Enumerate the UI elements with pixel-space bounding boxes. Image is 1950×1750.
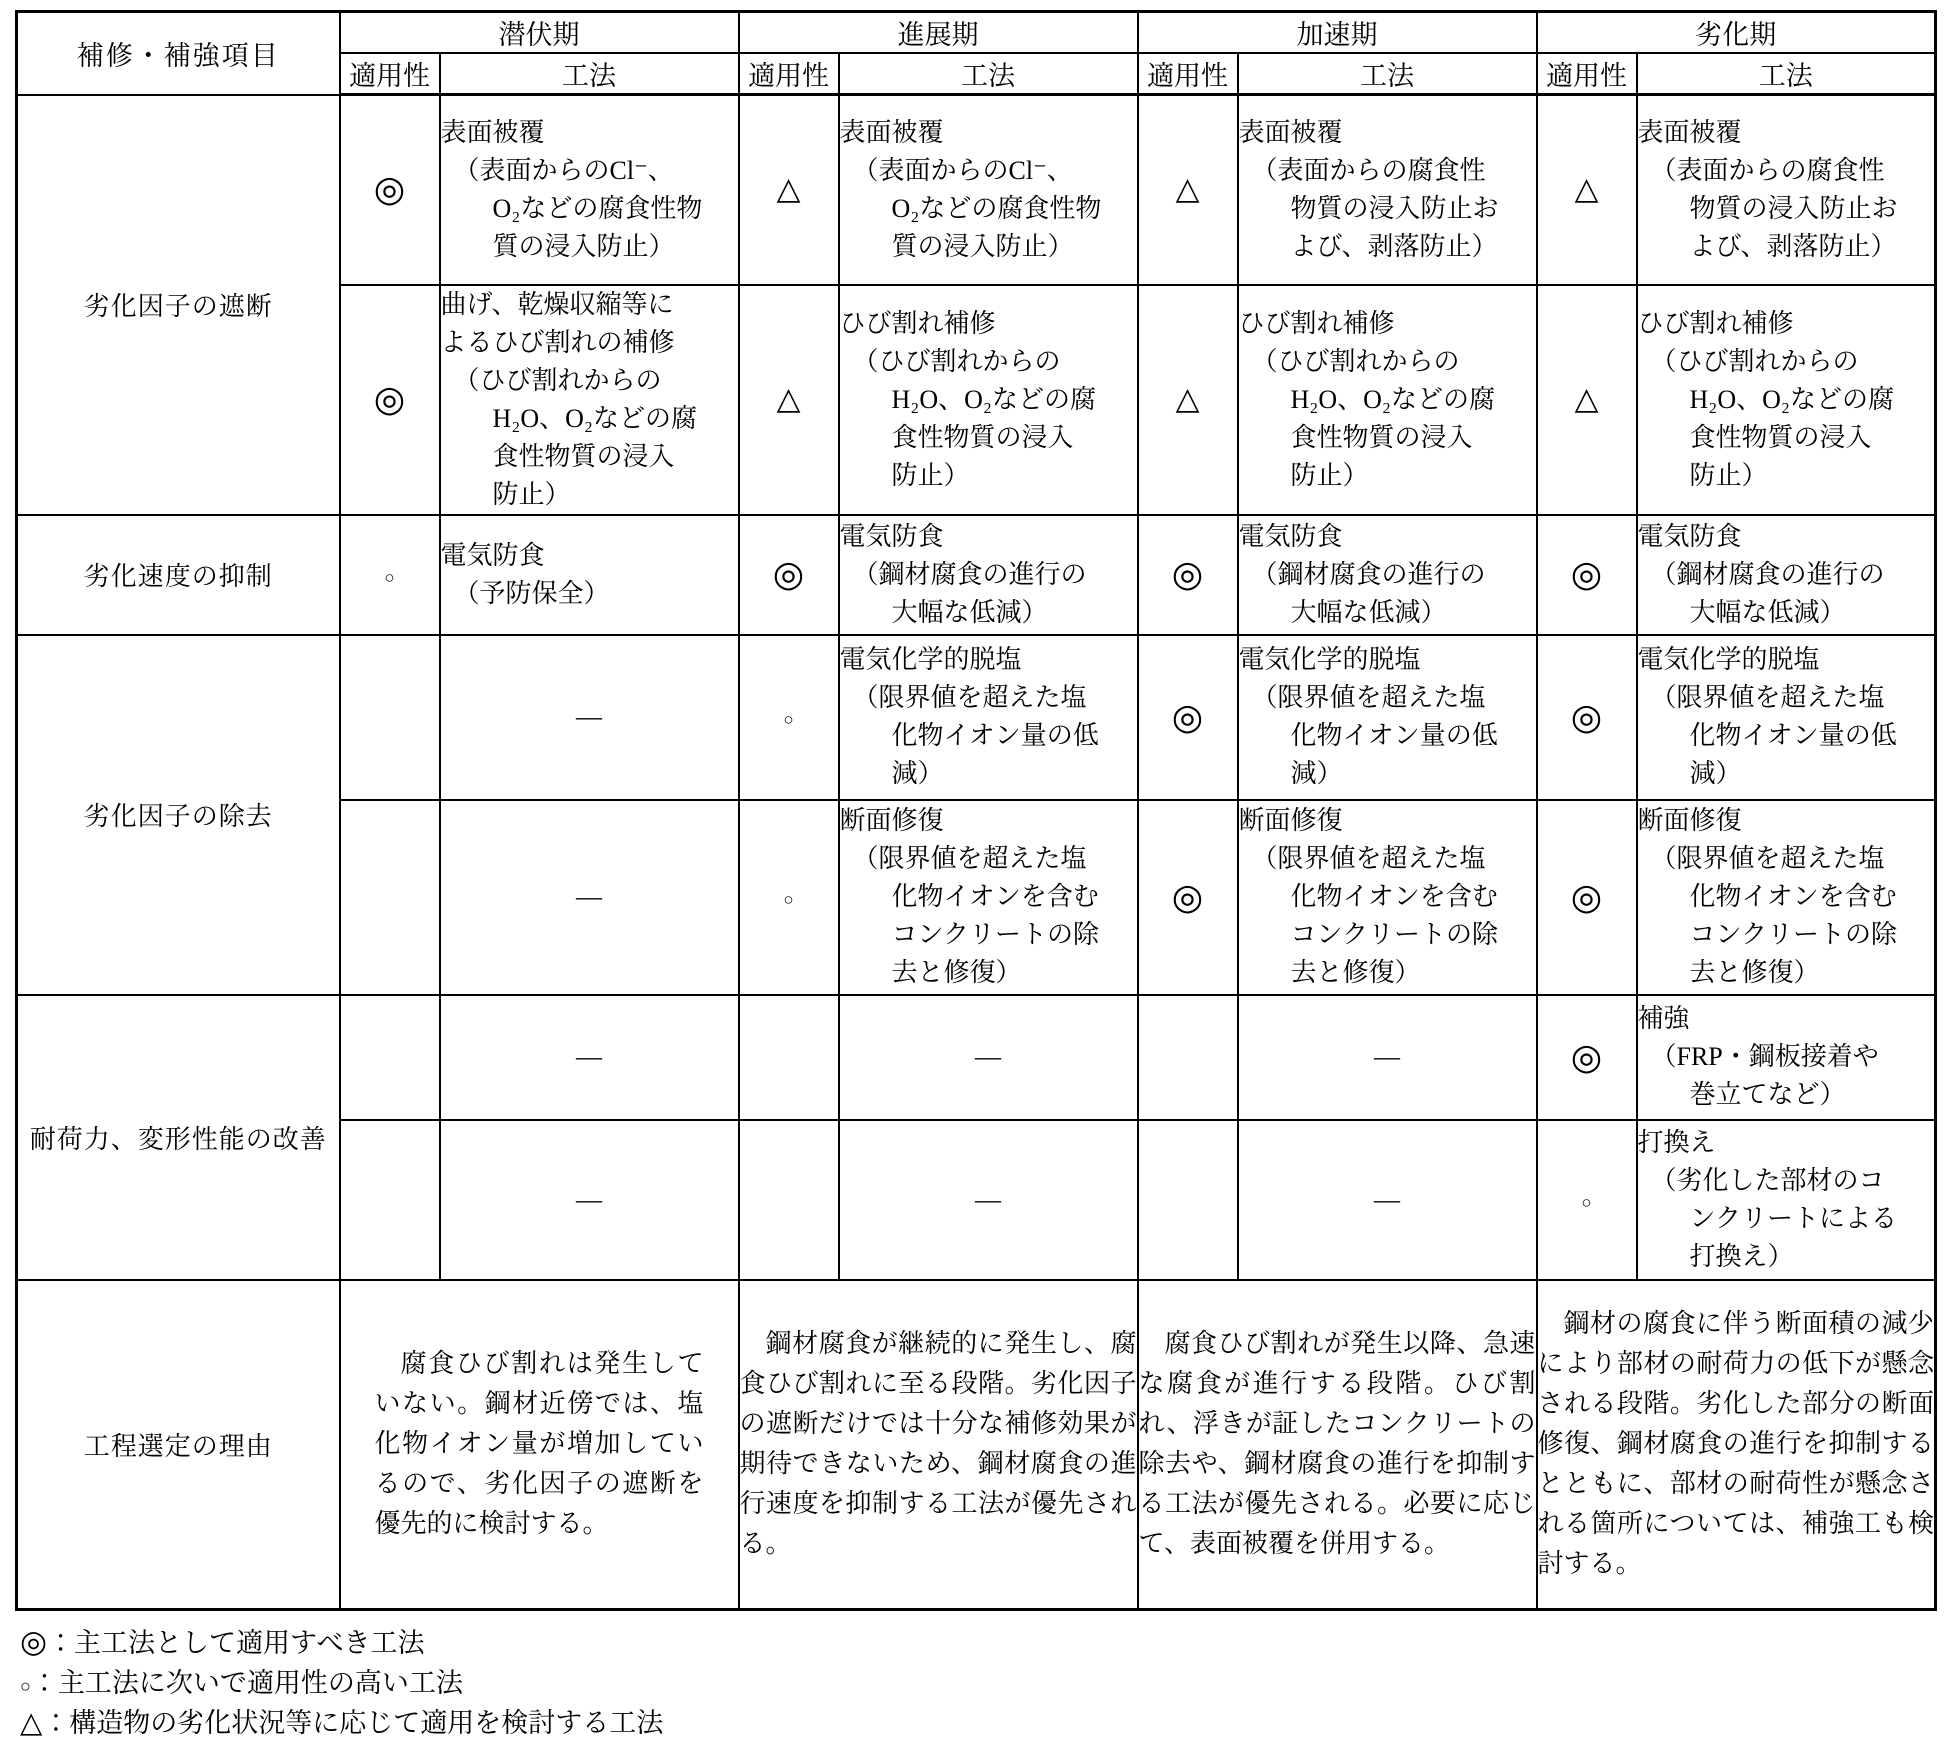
applicability-cell: ◎ bbox=[1138, 635, 1238, 800]
triangle-mark: △ bbox=[1176, 171, 1200, 206]
subheader-applicability-progress: 適用性 bbox=[739, 53, 839, 95]
applicability-cell: ◎ bbox=[1138, 515, 1238, 635]
dash-mark: — bbox=[1238, 1120, 1537, 1280]
applicability-cell: ◎ bbox=[1537, 515, 1637, 635]
applicability-cell: △ bbox=[1537, 285, 1637, 515]
method-cell: 表面被覆 （表面からのCl⁻、 O₂などの腐食性物 質の浸入防止） bbox=[839, 95, 1138, 285]
double-circle-mark: ◎ bbox=[773, 554, 804, 594]
circle-mark: ○ bbox=[20, 1676, 31, 1696]
applicability-cell-empty bbox=[1138, 995, 1238, 1120]
double-circle-mark: ◎ bbox=[1172, 697, 1203, 737]
method-cell: 表面被覆 （表面からの腐食性 物質の浸入防止お よび、剥落防止） bbox=[1238, 95, 1537, 285]
applicability-cell: ◎ bbox=[1537, 995, 1637, 1120]
legend: ◎：主工法として適用すべき工法 ○：主工法に次いで適用性の高い工法 △：構造物の… bbox=[20, 1623, 1950, 1743]
double-circle-mark: ◎ bbox=[1172, 554, 1203, 594]
applicability-cell-empty bbox=[340, 995, 440, 1120]
method-cell: 表面被覆 （表面からのCl⁻、 O₂などの腐食性物 質の浸入防止） bbox=[440, 95, 739, 285]
circle-mark: ○ bbox=[1581, 1193, 1591, 1212]
method-cell: 断面修復 （限界値を超えた塩 化物イオンを含む コンクリートの除 去と修復） bbox=[1637, 800, 1936, 995]
method-cell: 電気防食 （鋼材腐食の進行の 大幅な低減） bbox=[1637, 515, 1936, 635]
header-period-deteriorated: 劣化期 bbox=[1537, 12, 1936, 54]
circle-mark: ○ bbox=[783, 710, 793, 729]
dash-mark: — bbox=[839, 1120, 1138, 1280]
double-circle-mark: ◎ bbox=[1571, 1037, 1602, 1077]
header-item-column: 補修・補強項目 bbox=[17, 12, 340, 95]
reason-cell-deteriorated: 鋼材の腐食に伴う断面積の減少により部材の耐荷力の低下が懸念される段階。劣化した部… bbox=[1537, 1280, 1936, 1610]
applicability-cell: ◎ bbox=[340, 95, 440, 285]
applicability-cell-empty bbox=[340, 1120, 440, 1280]
applicability-cell: △ bbox=[1138, 95, 1238, 285]
applicability-cell-empty bbox=[739, 1120, 839, 1280]
row-label-factor-removal: 劣化因子の除去 bbox=[17, 635, 340, 995]
triangle-mark: △ bbox=[20, 1707, 42, 1739]
subheader-applicability-deteriorated: 適用性 bbox=[1537, 53, 1637, 95]
header-period-progress: 進展期 bbox=[739, 12, 1138, 54]
dash-mark: — bbox=[440, 635, 739, 800]
dash-mark: — bbox=[440, 800, 739, 995]
row-label-load-capacity: 耐荷力、変形性能の改善 bbox=[17, 995, 340, 1280]
dash-mark: — bbox=[1238, 995, 1537, 1120]
method-cell: 断面修復 （限界値を超えた塩 化物イオンを含む コンクリートの除 去と修復） bbox=[839, 800, 1138, 995]
reason-text: 鋼材腐食が継続的に発生し、腐食ひび割れに至る段階。劣化因子の遮断だけでは十分な補… bbox=[740, 1324, 1137, 1564]
applicability-cell: ◎ bbox=[1138, 800, 1238, 995]
applicability-cell: ◎ bbox=[1537, 800, 1637, 995]
double-circle-mark: ◎ bbox=[1571, 554, 1602, 594]
applicability-cell: ◎ bbox=[1537, 635, 1637, 800]
applicability-cell: △ bbox=[739, 95, 839, 285]
triangle-mark: △ bbox=[1176, 381, 1200, 416]
triangle-mark: △ bbox=[777, 171, 801, 206]
subheader-method-progress: 工法 bbox=[839, 53, 1138, 95]
applicability-cell: △ bbox=[1537, 95, 1637, 285]
applicability-cell-empty bbox=[340, 800, 440, 995]
subheader-method-deteriorated: 工法 bbox=[1637, 53, 1936, 95]
double-circle-mark: ◎ bbox=[374, 379, 405, 419]
subheader-method-accelerated: 工法 bbox=[1238, 53, 1537, 95]
method-cell: 打換え （劣化した部材のコ ンクリートによる 打換え） bbox=[1637, 1120, 1936, 1280]
reason-text: 腐食ひび割れは発生していない。鋼材近傍では、塩化物イオン量が増加しているので、劣… bbox=[375, 1344, 704, 1544]
legend-double-circle: ◎：主工法として適用すべき工法 bbox=[20, 1623, 1950, 1663]
dash-mark: — bbox=[440, 1120, 739, 1280]
method-cell: 断面修復 （限界値を超えた塩 化物イオンを含む コンクリートの除 去と修復） bbox=[1238, 800, 1537, 995]
applicability-cell: △ bbox=[1138, 285, 1238, 515]
applicability-cell-empty bbox=[340, 635, 440, 800]
applicability-cell-empty bbox=[1138, 1120, 1238, 1280]
subheader-applicability-accelerated: 適用性 bbox=[1138, 53, 1238, 95]
double-circle-mark: ◎ bbox=[1571, 697, 1602, 737]
subheader-method-latent: 工法 bbox=[440, 53, 739, 95]
reason-cell-progress: 鋼材腐食が継続的に発生し、腐食ひび割れに至る段階。劣化因子の遮断だけでは十分な補… bbox=[739, 1280, 1138, 1610]
method-cell: 電気化学的脱塩 （限界値を超えた塩 化物イオン量の低 減） bbox=[839, 635, 1138, 800]
reason-text: 鋼材の腐食に伴う断面積の減少により部材の耐荷力の低下が懸念される段階。劣化した部… bbox=[1538, 1304, 1935, 1584]
applicability-cell: ◎ bbox=[340, 285, 440, 515]
subheader-applicability-latent: 適用性 bbox=[340, 53, 440, 95]
reason-text: 腐食ひび割れが発生以降、急速な腐食が進行する段階。ひび割れ、浮きが証したコンクリ… bbox=[1139, 1324, 1536, 1564]
reason-cell-latent: 腐食ひび割れは発生していない。鋼材近傍では、塩化物イオン量が増加しているので、劣… bbox=[340, 1280, 739, 1610]
document-page: { "table": { "header": { "item": "補修・補強項… bbox=[0, 10, 1950, 1750]
triangle-mark: △ bbox=[777, 381, 801, 416]
legend-triangle: △：構造物の劣化状況等に応じて適用を検討する工法 bbox=[20, 1703, 1950, 1743]
method-cell: 電気化学的脱塩 （限界値を超えた塩 化物イオン量の低 減） bbox=[1637, 635, 1936, 800]
double-circle-mark: ◎ bbox=[20, 1624, 47, 1659]
applicability-cell: ○ bbox=[739, 635, 839, 800]
applicability-cell-empty bbox=[739, 995, 839, 1120]
method-cell: ひび割れ補修 （ひび割れからの H₂O、O₂などの腐 食性物質の浸入 防止） bbox=[1238, 285, 1537, 515]
dash-mark: — bbox=[839, 995, 1138, 1120]
method-cell: 電気防食 （予防保全） bbox=[440, 515, 739, 635]
legend-circle: ○：主工法に次いで適用性の高い工法 bbox=[20, 1663, 1950, 1703]
method-cell: ひび割れ補修 （ひび割れからの H₂O、O₂などの腐 食性物質の浸入 防止） bbox=[1637, 285, 1936, 515]
legend-text: ：構造物の劣化状況等に応じて適用を検討する工法 bbox=[42, 1708, 663, 1738]
method-cell: 補強 （FRP・鋼板接着や 巻立てなど） bbox=[1637, 995, 1936, 1120]
legend-text: ：主工法に次いで適用性の高い工法 bbox=[31, 1668, 463, 1698]
applicability-cell: ○ bbox=[739, 800, 839, 995]
dash-mark: — bbox=[440, 995, 739, 1120]
legend-text: ：主工法として適用すべき工法 bbox=[47, 1628, 424, 1658]
reason-cell-accelerated: 腐食ひび割れが発生以降、急速な腐食が進行する段階。ひび割れ、浮きが証したコンクリ… bbox=[1138, 1280, 1537, 1610]
method-cell: 電気防食 （鋼材腐食の進行の 大幅な低減） bbox=[1238, 515, 1537, 635]
method-cell: 表面被覆 （表面からの腐食性 物質の浸入防止お よび、剥落防止） bbox=[1637, 95, 1936, 285]
applicability-cell: △ bbox=[739, 285, 839, 515]
applicability-cell: ○ bbox=[1537, 1120, 1637, 1280]
method-cell: 電気化学的脱塩 （限界値を超えた塩 化物イオン量の低 減） bbox=[1238, 635, 1537, 800]
repair-method-table: 補修・補強項目 潜伏期 進展期 加速期 劣化期 適用性 工法 適用性 工法 適用… bbox=[15, 10, 1937, 1611]
circle-mark: ○ bbox=[783, 890, 793, 909]
method-cell: 電気防食 （鋼材腐食の進行の 大幅な低減） bbox=[839, 515, 1138, 635]
triangle-mark: △ bbox=[1575, 381, 1599, 416]
double-circle-mark: ◎ bbox=[1571, 877, 1602, 917]
circle-mark: ○ bbox=[384, 568, 394, 587]
double-circle-mark: ◎ bbox=[1172, 877, 1203, 917]
row-label-rate-control: 劣化速度の抑制 bbox=[17, 515, 340, 635]
method-cell: ひび割れ補修 （ひび割れからの H₂O、O₂などの腐 食性物質の浸入 防止） bbox=[839, 285, 1138, 515]
method-cell: 曲げ、乾燥収縮等に よるひび割れの補修 （ひび割れからの H₂O、O₂などの腐 … bbox=[440, 285, 739, 515]
row-label-factor-blocking: 劣化因子の遮断 bbox=[17, 95, 340, 515]
applicability-cell: ○ bbox=[340, 515, 440, 635]
header-period-accelerated: 加速期 bbox=[1138, 12, 1537, 54]
row-label-reason: 工程選定の理由 bbox=[17, 1280, 340, 1610]
double-circle-mark: ◎ bbox=[374, 169, 405, 209]
applicability-cell: ◎ bbox=[739, 515, 839, 635]
triangle-mark: △ bbox=[1575, 171, 1599, 206]
header-period-latent: 潜伏期 bbox=[340, 12, 739, 54]
